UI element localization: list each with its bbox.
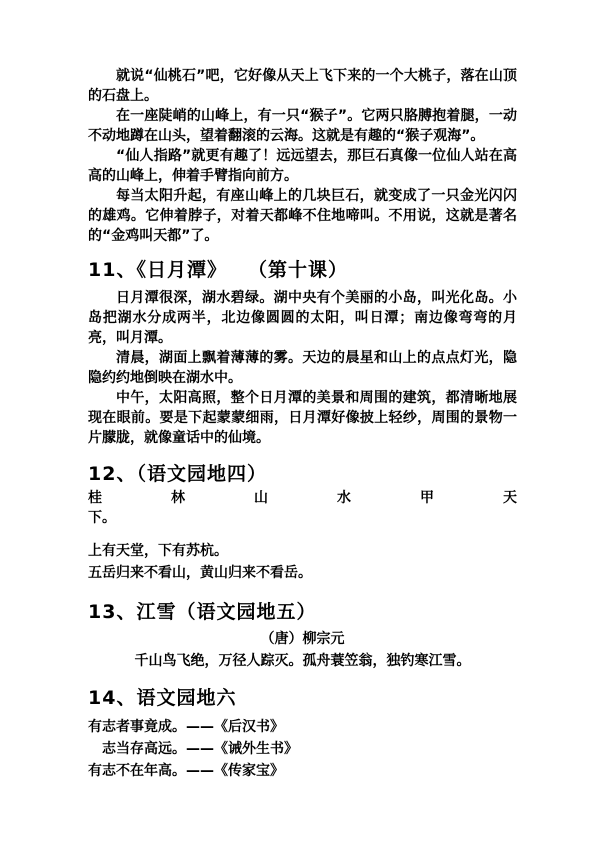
- paragraph-riyuetan-3: 中午，太阳高照，整个日月潭的美景和周围的建筑，都清晰地展现在眼前。要是下起蒙蒙细…: [88, 388, 517, 448]
- proverb-line-3: 有志不在年高。——《传家宝》: [88, 760, 517, 782]
- section-heading-lesson-14: 14、语文园地六: [88, 686, 517, 710]
- proverb-line-2: 志当存高远。——《诫外生书》: [88, 738, 517, 760]
- section-heading-lesson-13: 13、江雪（语文园地五）: [88, 600, 517, 624]
- paragraph-huangshan-2: 在一座陡峭的山峰上，有一只“猴子”。它两只胳膊抱着腿，一动不动地蹲在山头，望着翻…: [88, 106, 517, 146]
- proverb-line-1: 有志者事竟成。——《后汉书》: [88, 716, 517, 738]
- document-content: 就说“仙桃石”吧，它好像从天上飞下来的一个大桃子，落在山顶的石盘上。 在一座陡峭…: [0, 0, 595, 782]
- paragraph-riyuetan-2: 清晨，湖面上飘着薄薄的雾。天边的晨星和山上的点点灯光，隐隐约约地倒映在湖水中。: [88, 348, 517, 388]
- section-heading-lesson-11: 11、《日月潭》 （第十课）: [88, 258, 517, 282]
- document-page: 就说“仙桃石”吧，它好像从天上飞下来的一个大桃子，落在山顶的石盘上。 在一座陡峭…: [0, 0, 595, 841]
- saying-line-1: 上有天堂，下有苏杭。: [88, 540, 517, 562]
- poem-verse-line: 千山鸟飞绝，万径人踪灭。孤舟蓑笠翁，独钓寒江雪。: [88, 650, 517, 672]
- justified-line-guilin-overflow: 下。: [88, 508, 517, 528]
- paragraph-riyuetan-1: 日月潭很深，湖水碧绿。湖中央有个美丽的小岛，叫光化岛。小岛把湖水分成两半，北边像…: [88, 288, 517, 348]
- paragraph-huangshan-4: 每当太阳升起，有座山峰上的几块巨石，就变成了一只金光闪闪的雄鸡。它伸着脖子，对着…: [88, 186, 517, 246]
- paragraph-huangshan-3: “仙人指路”就更有趣了！远远望去，那巨石真像一位仙人站在高高的山峰上，伸着手臂指…: [88, 146, 517, 186]
- paragraph-huangshan-1: 就说“仙桃石”吧，它好像从天上飞下来的一个大桃子，落在山顶的石盘上。: [88, 66, 517, 106]
- saying-line-2: 五岳归来不看山，黄山归来不看岳。: [88, 562, 517, 584]
- justified-line-guilin: 桂 林 山 水 甲 天: [88, 488, 517, 508]
- poem-author-line: （唐）柳宗元: [88, 628, 517, 650]
- blank-gap: [88, 528, 517, 540]
- section-heading-lesson-12: 12、（语文园地四）: [88, 462, 517, 486]
